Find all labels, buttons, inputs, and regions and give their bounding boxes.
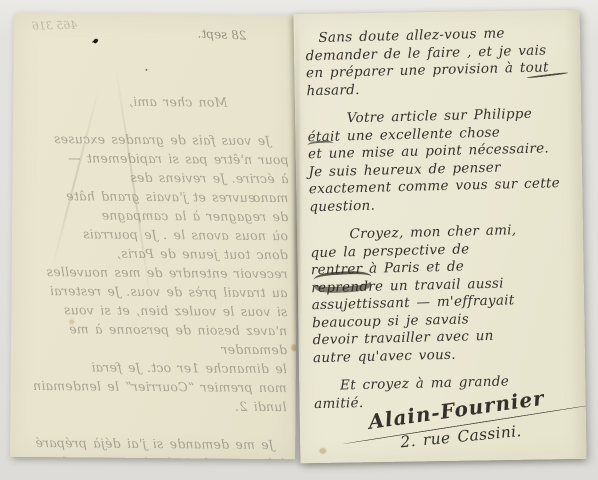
paragraph-1: Sans doute allez-vous medemander de le f…	[305, 24, 580, 101]
paragraph-3: Croyez, mon cher ami,que la perspective …	[310, 221, 586, 368]
letter-page-right: Sans doute allez-vous medemander de le f…	[293, 10, 586, 463]
ink-speck	[145, 69, 147, 71]
scanned-letter: 465 316 28 sept. Mon cher ami, Je vous f…	[0, 0, 598, 480]
archive-number-bleed: 465 316	[32, 19, 78, 33]
bleedthrough-text: Mon cher ami, Je vous fais de grandes ex…	[20, 91, 289, 459]
foxing-spot	[319, 448, 326, 454]
paragraph-2: Votre article sur Philippeétait une exce…	[307, 105, 582, 217]
ink-speck	[93, 38, 99, 44]
page-gap-shadow	[293, 10, 301, 462]
letter-page-left: 465 316 28 sept. Mon cher ami, Je vous f…	[10, 13, 299, 459]
date-bleed: 28 sept.	[197, 27, 246, 43]
letter-text: Sans doute allez-vous medemander de le f…	[305, 24, 586, 425]
